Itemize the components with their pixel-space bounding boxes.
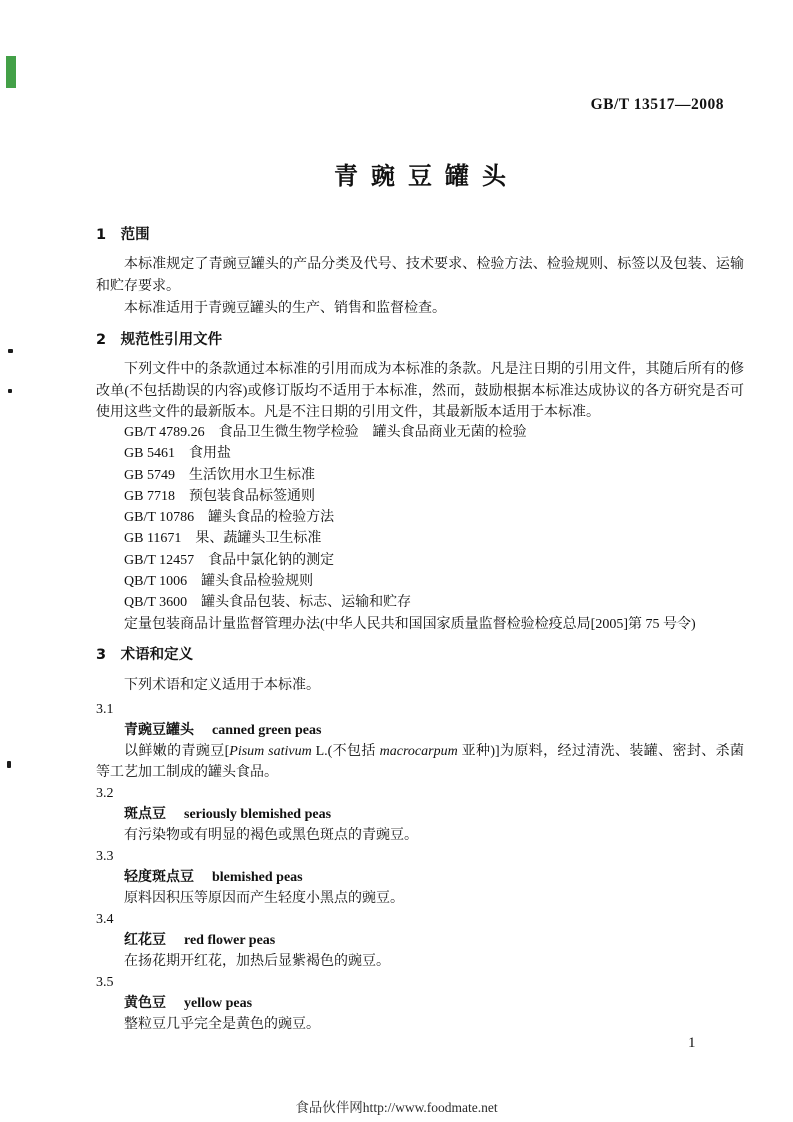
refs-intro: 下列文件中的条款通过本标准的引用而成为本标准的条款。凡是注日期的引用文件，其随后…	[96, 359, 744, 424]
scope-paragraph-1-text: 本标准规定了青豌豆罐头的产品分类及代号、技术要求、检验方法、检验规则、标签以及包…	[96, 254, 744, 297]
term-name-en: canned green peas	[212, 723, 321, 738]
page-number: 1	[688, 1034, 696, 1052]
reference-item: GB 5461 食用盐	[96, 443, 744, 464]
term-name-en: seriously blemished peas	[184, 807, 331, 822]
scan-artifact-dot	[8, 389, 12, 393]
term-definition: 以鲜嫩的青豌豆[Pisum sativum L.(不包括 macrocarpum…	[96, 741, 744, 783]
term-name-en: yellow peas	[184, 996, 252, 1011]
term-block: 3.3 轻度斑点豆blemished peas 原料因积压等原因而产生轻度小黑点…	[96, 846, 744, 909]
term-block: 3.4 红花豆red flower peas 在扬花期开红花，加热后显紫褐色的豌…	[96, 909, 744, 972]
term-name-en: blemished peas	[212, 870, 303, 885]
scope-paragraph-2: 本标准适用于青豌豆罐头的生产、销售和监督检查。	[96, 298, 744, 320]
section-refs-heading: 2 规范性引用文件	[96, 330, 744, 350]
terms-intro: 下列术语和定义适用于本标准。	[96, 675, 744, 697]
term-block: 3.2 斑点豆seriously blemished peas 有污染物或有明显…	[96, 783, 744, 846]
term-number: 3.3	[96, 846, 744, 867]
section-terms-heading: 3 术语和定义	[96, 645, 744, 665]
reference-item: GB 7718 预包装食品标签通则	[96, 486, 744, 507]
term-block: 3.5 黄色豆yellow peas 整粒豆几乎完全是黄色的豌豆。	[96, 972, 744, 1035]
standard-number: GB/T 13517—2008	[96, 96, 744, 114]
term-name: 青豌豆罐头canned green peas	[96, 720, 744, 741]
reference-item: 定量包装商品计量监督管理办法(中华人民共和国国家质量监督检验检疫总局[2005]…	[96, 614, 744, 635]
term-number: 3.4	[96, 909, 744, 930]
scope-paragraph-1: 本标准规定了青豌豆罐头的产品分类及代号、技术要求、检验方法、检验规则、标签以及包…	[96, 254, 744, 297]
section-scope-heading: 1 范围	[96, 225, 744, 245]
term-number: 3.2	[96, 783, 744, 804]
term-definition: 整粒豆几乎完全是黄色的豌豆。	[96, 1014, 744, 1035]
green-highlight-mark	[6, 56, 16, 88]
scan-artifact-dot	[8, 349, 13, 353]
term-block: 3.1 青豌豆罐头canned green peas 以鲜嫩的青豌豆[Pisum…	[96, 699, 744, 783]
terms-intro-text: 下列术语和定义适用于本标准。	[96, 675, 744, 697]
reference-item: GB/T 4789.26 食品卫生微生物学检验 罐头食品商业无菌的检验	[96, 422, 744, 443]
reference-item: GB/T 12457 食品中氯化钠的测定	[96, 550, 744, 571]
reference-item: QB/T 3600 罐头食品包装、标志、运输和贮存	[96, 592, 744, 613]
term-definition: 原料因积压等原因而产生轻度小黑点的豌豆。	[96, 888, 744, 909]
term-number: 3.5	[96, 972, 744, 993]
reference-item: GB/T 10786 罐头食品的检验方法	[96, 507, 744, 528]
term-name: 黄色豆yellow peas	[96, 993, 744, 1014]
term-definition: 在扬花期开红花，加热后显紫褐色的豌豆。	[96, 951, 744, 972]
reference-item: GB 11671 果、蔬罐头卫生标准	[96, 528, 744, 549]
term-name-cn: 斑点豆	[124, 806, 166, 822]
term-name-cn: 红花豆	[124, 932, 166, 948]
term-name-cn: 轻度斑点豆	[124, 869, 194, 885]
reference-item: GB 5749 生活饮用水卫生标准	[96, 465, 744, 486]
term-number: 3.1	[96, 699, 744, 720]
term-name-en: red flower peas	[184, 933, 275, 948]
term-name: 轻度斑点豆blemished peas	[96, 867, 744, 888]
document-page: GB/T 13517—2008 青豌豆罐头 1 范围 本标准规定了青豌豆罐头的产…	[0, 0, 793, 1122]
term-name: 红花豆red flower peas	[96, 930, 744, 951]
references-list: GB/T 4789.26 食品卫生微生物学检验 罐头食品商业无菌的检验 GB 5…	[96, 422, 744, 635]
term-name: 斑点豆seriously blemished peas	[96, 804, 744, 825]
refs-intro-text: 下列文件中的条款通过本标准的引用而成为本标准的条款。凡是注日期的引用文件，其随后…	[96, 359, 744, 424]
reference-item: QB/T 1006 罐头食品检验规则	[96, 571, 744, 592]
term-name-cn: 青豌豆罐头	[124, 722, 194, 738]
terms-list: 3.1 青豌豆罐头canned green peas 以鲜嫩的青豌豆[Pisum…	[96, 699, 744, 1035]
term-definition: 有污染物或有明显的褐色或黑色斑点的青豌豆。	[96, 825, 744, 846]
scan-artifact-dot	[7, 761, 11, 768]
term-name-cn: 黄色豆	[124, 995, 166, 1011]
document-title: 青豌豆罐头	[96, 162, 744, 190]
footer-watermark: 食品伙伴网http://www.foodmate.net	[0, 1100, 793, 1116]
scope-paragraph-2-text: 本标准适用于青豌豆罐头的生产、销售和监督检查。	[96, 298, 744, 320]
